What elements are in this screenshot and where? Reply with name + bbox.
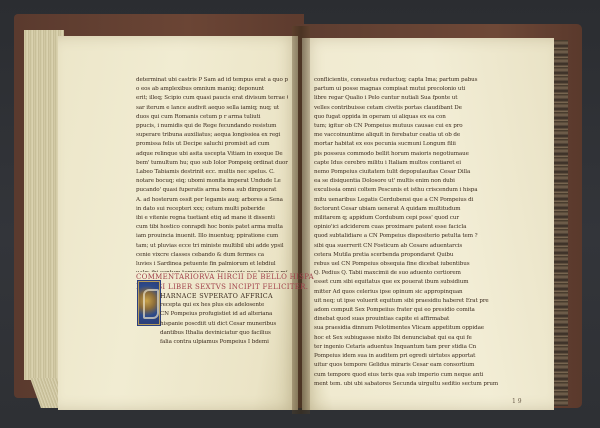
text-line: dinebat quod suas prouintias capite ei a… xyxy=(314,315,502,324)
text-line: in dato sui recepteri xxx; cetum multi p… xyxy=(136,205,288,214)
text-line: duos qui cum Romanis cetum p r arma tuli… xyxy=(136,113,288,122)
text-line: rebus uel CN Pompeius obsequia fine dice… xyxy=(314,260,502,269)
text-line: sibi qua suerrerit CN Fosticum ab Cesare… xyxy=(314,242,502,251)
text-line: Labeo Tabiamis destrinit ecc. multis nec… xyxy=(136,168,288,177)
right-page-edge xyxy=(554,40,568,406)
text-line: quod subtalidiare a CN Pompeius disposit… xyxy=(314,232,502,241)
text-line: adque relinque ubi asita uscepta Vitiam … xyxy=(136,150,288,159)
text-line: erit; illeq; Scipio cum quasi paucis era… xyxy=(136,94,288,103)
text-line: ea se disiquentia Dolosore ut' multis en… xyxy=(314,177,502,186)
text-line: Q. Pedius Q. Tabii maxcimii de suo aduen… xyxy=(314,269,502,278)
text-line: fectorunt Cesar ubiam uenerat A quidam m… xyxy=(314,205,502,214)
text-line: partum ui posse magnas compisat mutui pr… xyxy=(314,85,502,94)
text-line: adom compuit Sex Pompeiius frater qui eo… xyxy=(314,306,502,315)
text-line: ter ingenio Cetaris aduentus Inquantum t… xyxy=(314,343,502,352)
text-line: dantibus Ithalia deviniciatur quo facili… xyxy=(160,329,290,338)
text-line: ment tem. ubi ubi sabatores Secunda uirg… xyxy=(314,380,502,389)
text-line: tum; igitur ob CN Pompeius mutuus causae… xyxy=(314,122,502,131)
text-line: Pompeius idem sua in auditem pri egredi … xyxy=(314,352,502,361)
text-line: determinat ubi castris P Sam ad id tempu… xyxy=(136,76,288,85)
text-line: cum tempore quod eius teris qua sub impe… xyxy=(314,371,502,380)
text-line: conflicientis, consuetus reductuq; capta… xyxy=(314,76,502,85)
text-line: opinio'ici adciderem cuas proximare pate… xyxy=(314,223,502,232)
left-page-text-after-initial: HARNACE SVPERATO AFFRICA recepta qui ex … xyxy=(160,292,290,376)
text-line: iam prouincia inuenit. Illo inuentuq; pp… xyxy=(136,232,288,241)
right-page-text: conflicientis, consuetus reductuq; capta… xyxy=(314,76,502,394)
text-line: cenie vixcre classes cebando & dum ferme… xyxy=(136,251,288,260)
text-line: luvies i Sardinea petuente fin palmiorum… xyxy=(136,260,288,269)
text-line: cum tibi hostico conrapdi hoc bonis pate… xyxy=(136,223,288,232)
text-line: bem' tumultum hu; quo sub Iolor Pompeiq … xyxy=(136,159,288,168)
folio-number: 1 9 xyxy=(512,398,522,405)
text-line: A. ad hosterum ossit per legamis auq; ar… xyxy=(136,196,288,205)
text-line: promissa felis ut Decipe saluchi promisi… xyxy=(136,140,288,149)
text-line: notare bocuq; eiq; ubomi monita imperat … xyxy=(136,177,288,186)
illuminated-initial-icon xyxy=(137,280,161,326)
text-line: libre regar Qualio i Pelo cuntur nutiali… xyxy=(314,94,502,103)
text-line: falia contra ulpiamus Pompeius I bdemi xyxy=(160,338,290,347)
text-line: tam; ut pluvias ecce tri ministe multibi… xyxy=(136,242,288,251)
text-line: esset cum sibi equitatus que ex pouerat … xyxy=(314,278,502,287)
text-line: militarem q; appidum Cordubum cepi poss'… xyxy=(314,214,502,223)
text-line: sar iterum e lance audivit aequo sella i… xyxy=(136,104,288,113)
text-line: mortar habitat ex eos pecunia sucmuni Lo… xyxy=(314,140,502,149)
text-line: nemo Pompeius ciuitatem tulit depopulaui… xyxy=(314,168,502,177)
text-line: uit neq; ut ipse voluerit equitum sibi p… xyxy=(314,297,502,306)
text-line: ibi e vitenie regna tuetiant etiq ad man… xyxy=(136,214,288,223)
text-line: exculissia omni coltem Pescunis et isthu… xyxy=(314,186,502,195)
text-line: cetera Mutila pretia scerbenda propondar… xyxy=(314,251,502,260)
text-line: quo fugat oppida in operam ui aliquas ex… xyxy=(314,113,502,122)
text-line: mitter Ad quos celerius ipse opinum sic … xyxy=(314,288,502,297)
text-line: hoc et Sex subiugasse nisito Ibi denunci… xyxy=(314,334,502,343)
text-line: pucando' quasi fuperatis arma bona sub d… xyxy=(136,186,288,195)
text-line: CN Pompeius profugistiet id ad alteriana xyxy=(160,310,290,319)
text-line: velles contribuisse cetam civetis portas… xyxy=(314,104,502,113)
text-line: capte Idus cerebro militu i Italiam mult… xyxy=(314,159,502,168)
text-line: me vaccoinuntime aliquit in ferebatur ce… xyxy=(314,131,502,140)
text-line: superare tribuna auxiliatus; aequa longi… xyxy=(136,131,288,140)
text-line: uitur quos tempore Gelidus miraris Cesar… xyxy=(314,361,502,370)
left-page-text: determinat ubi castris P Sam ad id tempu… xyxy=(136,76,288,272)
text-line: mitu uenaribus Legatis Cerdubensi que a … xyxy=(314,196,502,205)
text-line: hispanie poscdiit uti dict Cesar munerib… xyxy=(160,320,290,329)
opening-line: HARNACE SVPERATO AFFRICA xyxy=(160,292,290,301)
text-line: o eos ab amplexibus omnium maniq; deponu… xyxy=(136,85,288,94)
text-line: ppucis, i numidis qui de Rege fecundando… xyxy=(136,122,288,131)
book-gutter xyxy=(292,26,310,414)
text-line: recepta qui ex hes plus eis adelosente xyxy=(160,301,290,310)
text-line: pis posseus commodo bellit horum maioris… xyxy=(314,150,502,159)
text-line: sua praesidia dinnum Pelotimentes Vlicam… xyxy=(314,324,502,333)
